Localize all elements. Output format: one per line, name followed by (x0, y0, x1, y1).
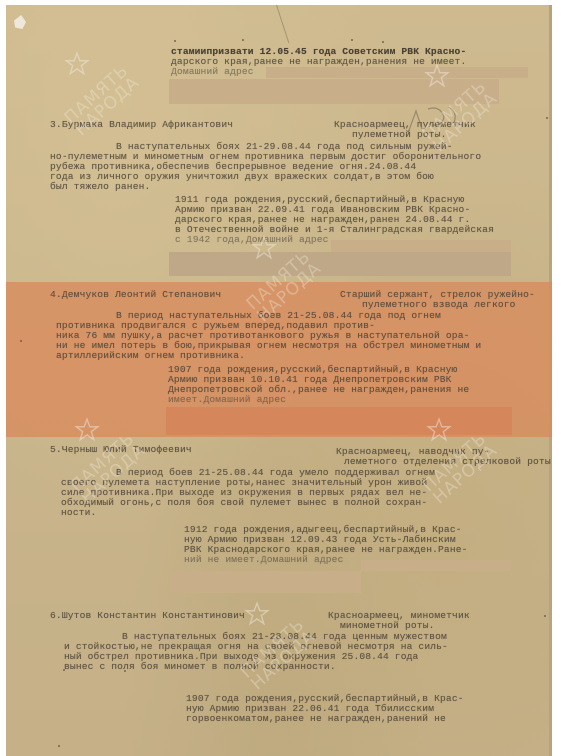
feat-line: вынес с поля боя миномет в полной сохран… (64, 662, 336, 672)
typewriter-mark (382, 41, 384, 43)
paper-speck (124, 670, 126, 672)
paper-speck (546, 117, 548, 119)
redacted-block (169, 252, 511, 276)
bio-line: ний не имеет.Домашний адрес (184, 555, 344, 565)
redacted-address (331, 240, 511, 252)
entry-rank-line2: леметного отделения стрелковой роты (344, 457, 551, 467)
entry-name: 4.Демчуков Леонтий Степанович (50, 290, 221, 300)
text-line: Домашний адрес (171, 67, 254, 77)
bio-line: имеет.Домашний адрес (168, 395, 286, 405)
redacted-address (266, 67, 528, 78)
paper-speck (58, 745, 60, 747)
entry-rank-line2: пулеметного взвода легкого (362, 300, 516, 310)
redacted-address (361, 560, 511, 571)
paper-fold-line (276, 5, 289, 43)
bio-line: горвоенкоматом,ранее не награжден,ранени… (186, 714, 446, 724)
paper-speck (63, 669, 65, 671)
typewriter-mark (174, 40, 176, 42)
feat-line: ности. (61, 508, 96, 518)
feat-line: был тяжело ранен. (50, 182, 150, 192)
feat-line: обходимый огонь,с поля боя свой пулемет … (61, 498, 427, 508)
star-icon (244, 601, 270, 627)
entry-name: 6.Шутов Константин Константинович (50, 611, 245, 621)
entry-rank-line2: пулеметной роты. (352, 130, 447, 140)
paper-speck (20, 340, 22, 342)
typewriter-mark (351, 39, 353, 41)
document-page: стамиипризвати 12.05.45 года Советским Р… (6, 5, 552, 756)
paper-tear (14, 15, 26, 29)
entry-name: 5.Черныш Юлий Тимофеевич (50, 445, 192, 455)
entry-name: 3.Бурмака Владимир Африкантович (50, 120, 233, 130)
star-icon (64, 51, 90, 77)
bio-line: с 1942 года,Домашний адрес (175, 235, 329, 245)
entry-rank-line2: минометной роты. (340, 621, 435, 631)
feat-line: артиллерийским огнем противника. (56, 351, 245, 361)
paper-speck (544, 615, 546, 617)
redacted-block (171, 571, 361, 593)
redacted-block (169, 79, 499, 104)
redacted-block (166, 407, 512, 435)
typewriter-mark (242, 39, 244, 41)
